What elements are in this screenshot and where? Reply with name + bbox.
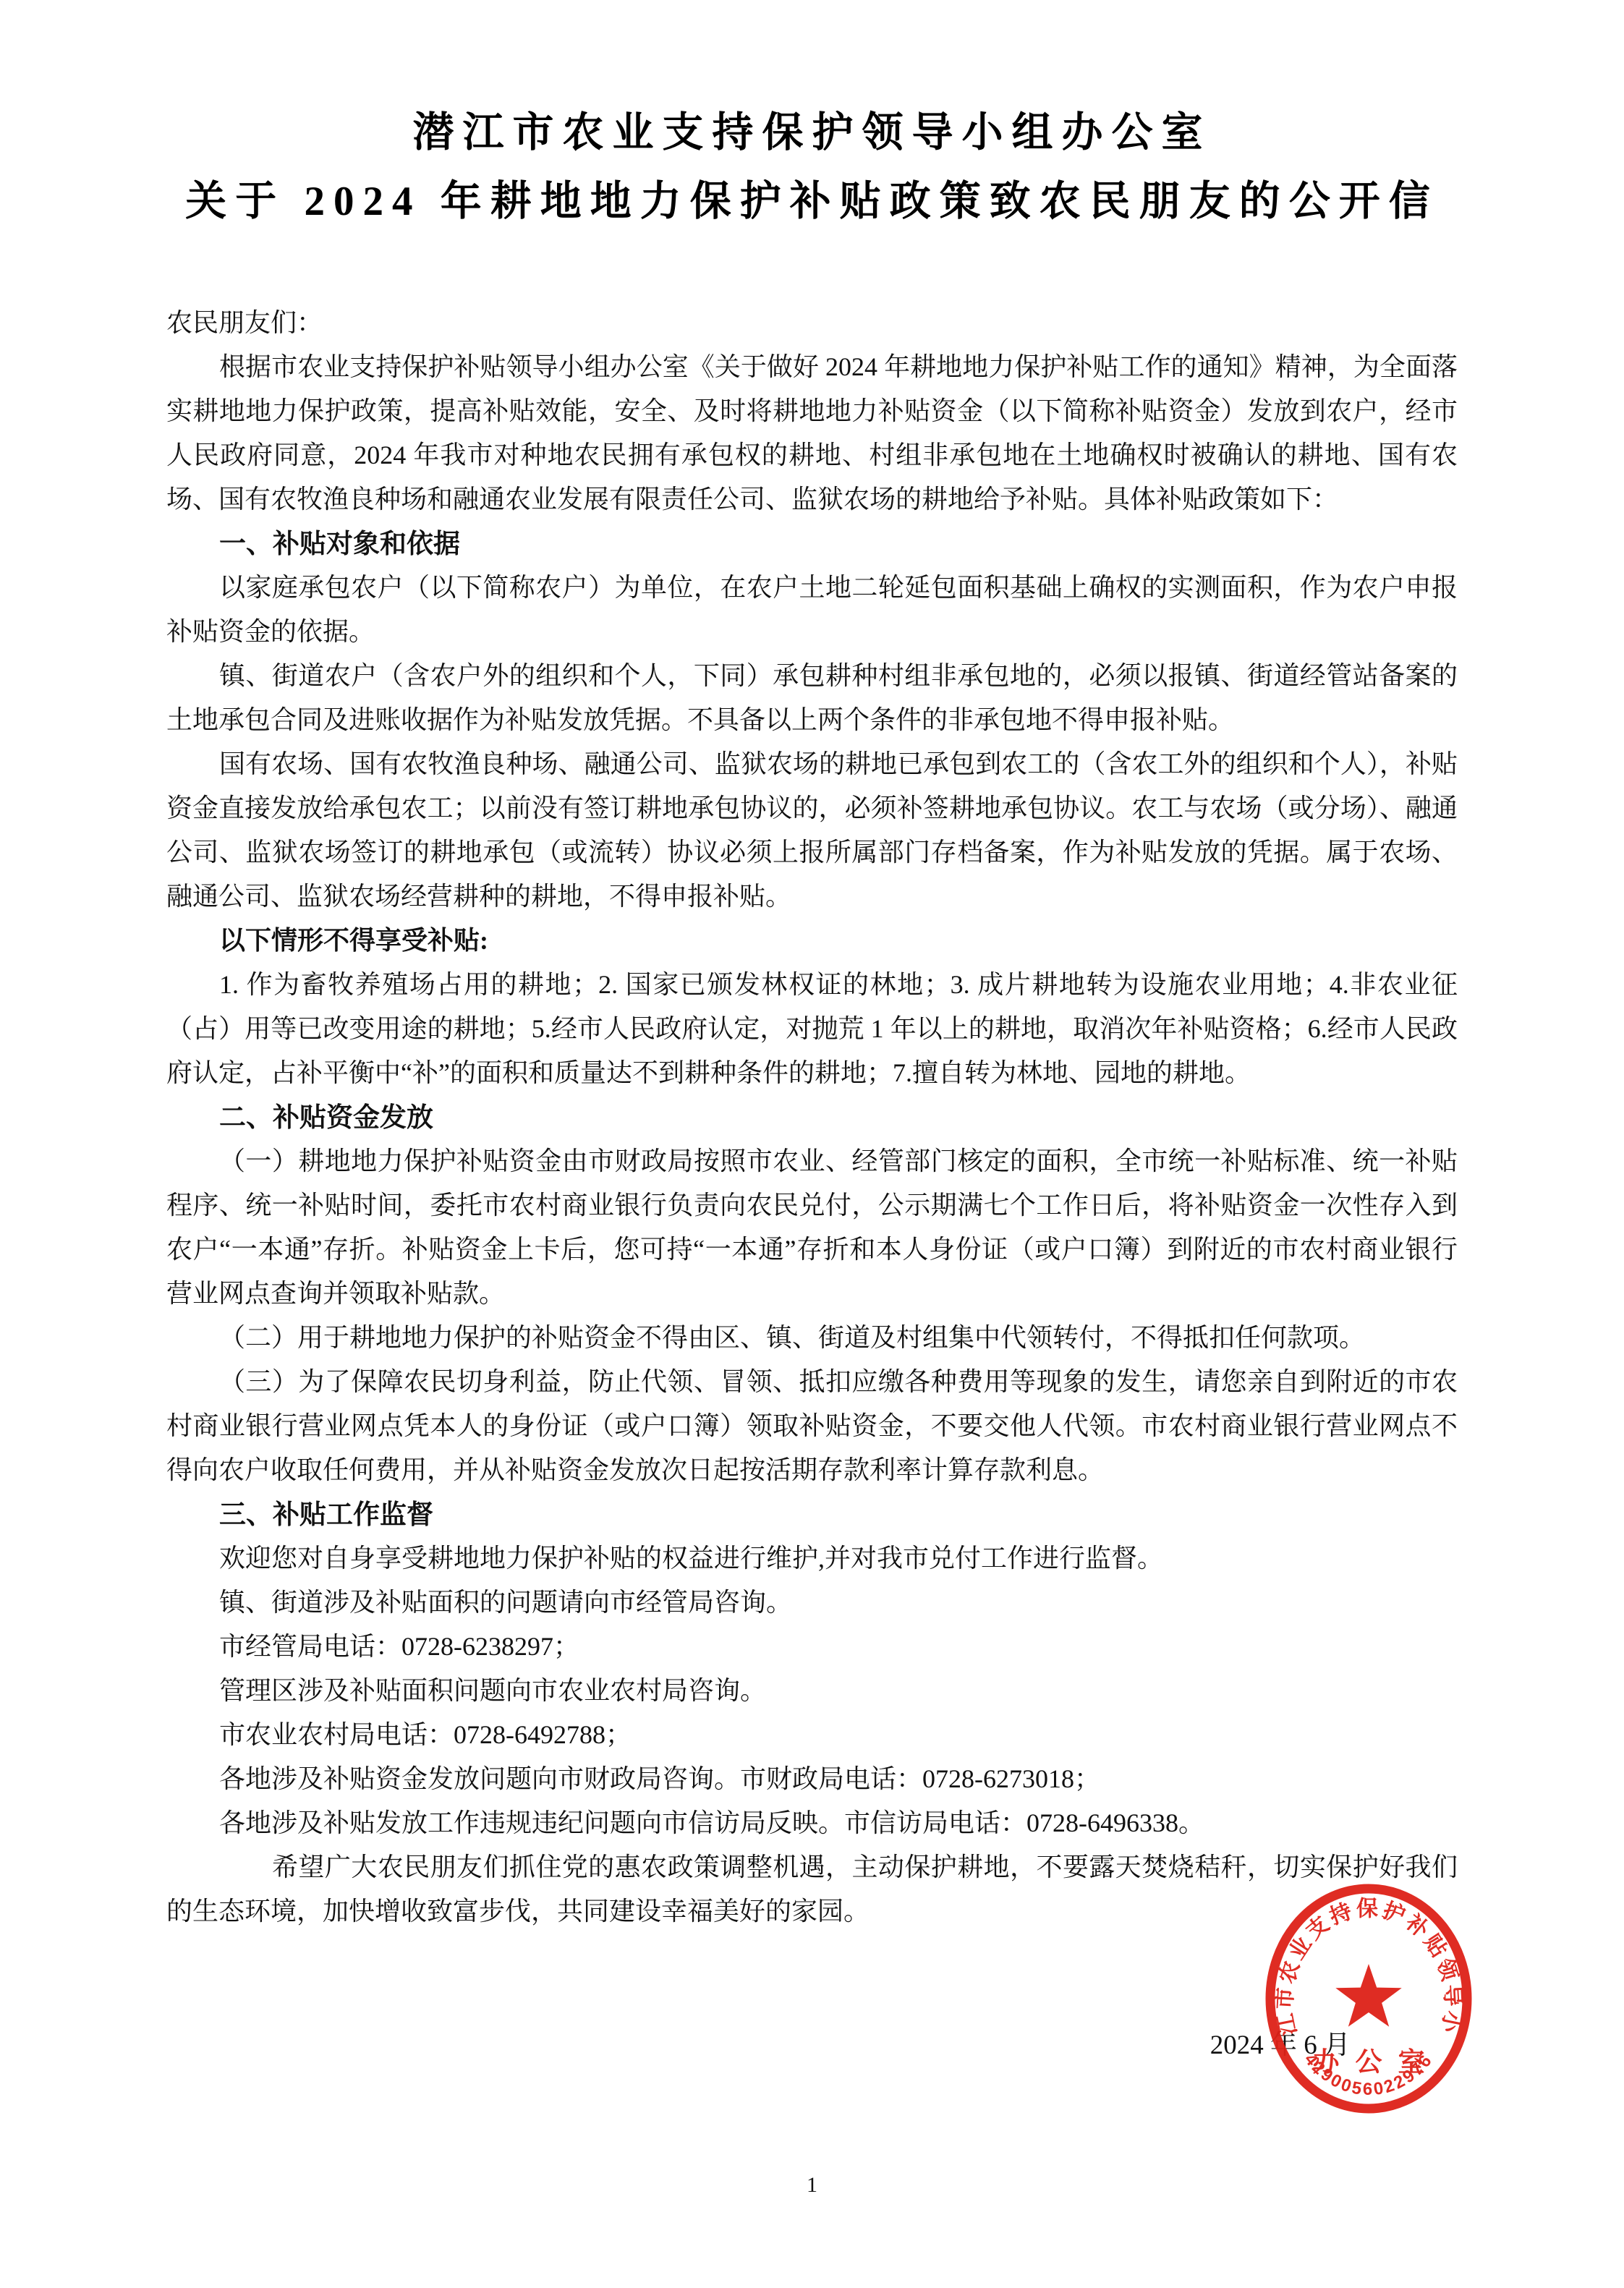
paragraph: 欢迎您对自身享受耕地地力保护补贴的权益进行维护,并对我市兑付工作进行监督。 [166, 1536, 1458, 1581]
star-icon [1335, 1964, 1401, 2027]
document-title: 潜江市农业支持保护领导小组办公室 关于 2024 年耕地地力保护补贴政策致农民朋… [166, 98, 1458, 236]
section-heading: 二、补贴资金发放 [166, 1095, 1458, 1139]
paragraph: 各地涉及补贴发放工作违规违纪问题向市信访局反映。市信访局电话：0728-6496… [166, 1801, 1458, 1845]
title-line-2: 关于 2024 年耕地地力保护补贴政策致农民朋友的公开信 [166, 167, 1458, 236]
title-line-1: 潜江市农业支持保护领导小组办公室 [166, 98, 1458, 167]
official-seal: 潜江市农业支持保护补贴领导小组 办公室 4290056022976 [1260, 1881, 1477, 2117]
paragraph: 以家庭承包农户（以下简称农户）为单位，在农户土地二轮延包面积基础上确权的实测面积… [166, 566, 1458, 654]
page-content: 潜江市农业支持保护领导小组办公室 关于 2024 年耕地地力保护补贴政策致农民朋… [0, 98, 1624, 2067]
letter-body: 农民朋友们：根据市农业支持保护补贴领导小组办公室《关于做好 2024 年耕地地力… [166, 301, 1458, 1934]
paragraph: 国有农场、国有农牧渔良种场、融通公司、监狱农场的耕地已承包到农工的（含农工外的组… [166, 742, 1458, 919]
paragraph: 农民朋友们： [166, 301, 1458, 345]
paragraph: 镇、街道农户（含农户外的组织和个人，下同）承包耕种村组非承包地的，必须以报镇、街… [166, 654, 1458, 742]
paragraph: 1. 作为畜牧养殖场占用的耕地；2. 国家已颁发林权证的林地；3. 成片耕地转为… [166, 963, 1458, 1095]
paragraph: （一）耕地地力保护补贴资金由市财政局按照市农业、经管部门核定的面积，全市统一补贴… [166, 1139, 1458, 1316]
document-page: 潜江市农业支持保护领导小组办公室 关于 2024 年耕地地力保护补贴政策致农民朋… [0, 0, 1624, 2288]
paragraph: 管理区涉及补贴面积问题向市农业农村局咨询。 [166, 1669, 1458, 1713]
paragraph: 以下情形不得享受补贴: [166, 919, 1458, 963]
paragraph: 镇、街道涉及补贴面积的问题请向市经管局咨询。 [166, 1581, 1458, 1625]
paragraph: （二）用于耕地地力保护的补贴资金不得由区、镇、街道及村组集中代领转付，不得抵扣任… [166, 1316, 1458, 1360]
section-heading: 三、补贴工作监督 [166, 1492, 1458, 1536]
paragraph: 市经管局电话：0728-6238297； [166, 1625, 1458, 1669]
paragraph: （三）为了保障农民切身利益，防止代领、冒领、抵扣应缴各种费用等现象的发生，请您亲… [166, 1360, 1458, 1492]
paragraph: 各地涉及补贴资金发放问题向市财政局咨询。市财政局电话：0728-6273018； [166, 1757, 1458, 1801]
paragraph: 市农业农村局电话：0728-6492788； [166, 1713, 1458, 1757]
page-number: 1 [0, 2173, 1624, 2198]
paragraph: 根据市农业支持保护补贴领导小组办公室《关于做好 2024 年耕地地力保护补贴工作… [166, 345, 1458, 522]
section-heading: 一、补贴对象和依据 [166, 522, 1458, 566]
